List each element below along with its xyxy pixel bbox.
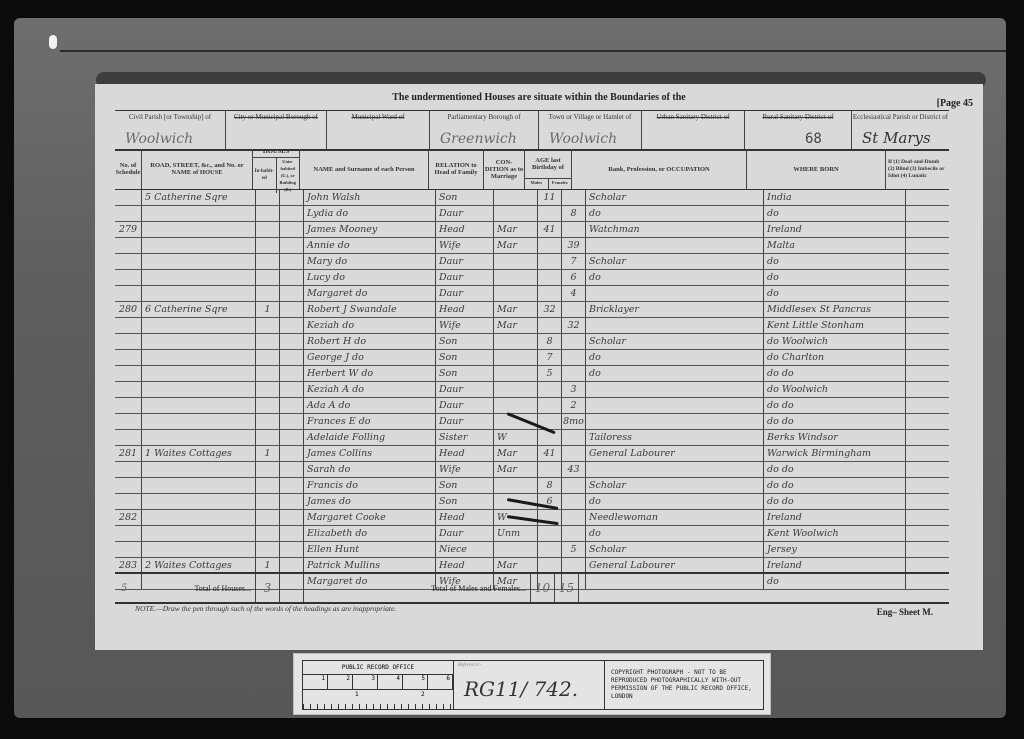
boundary-civil-parish: Civil Parish [or Township] of Woolwich bbox=[115, 111, 226, 149]
table-row: Keziah doWifeMar32Kent Little Stonham bbox=[115, 318, 949, 334]
cell-female bbox=[562, 446, 586, 461]
total-persons-label: Total of Males and Females... bbox=[304, 574, 531, 602]
cell-infirmity bbox=[906, 350, 949, 365]
cell-address bbox=[142, 318, 256, 333]
cell-uninhabited bbox=[280, 350, 304, 365]
table-row: Mary doDaur7Scholardo bbox=[115, 254, 949, 270]
cell-relation: Son bbox=[436, 494, 494, 509]
table-row: Annie doWifeMar39Malta bbox=[115, 238, 949, 254]
cell-inhabited bbox=[256, 334, 280, 349]
cell-inhabited bbox=[256, 366, 280, 381]
table-row: George J doSon7dodo Charlton bbox=[115, 350, 949, 366]
cell-male: 11 bbox=[538, 190, 562, 205]
cell-male bbox=[538, 398, 562, 413]
cell-address bbox=[142, 414, 256, 429]
cell-born: do do bbox=[764, 366, 906, 381]
cell-condition bbox=[494, 286, 538, 301]
cell-female: 32 bbox=[562, 318, 586, 333]
cell-occupation: do bbox=[586, 526, 764, 541]
cell-female bbox=[562, 334, 586, 349]
header-address: ROAD, STREET, &c., and No. or NAME of HO… bbox=[142, 149, 253, 189]
cell-schedule bbox=[115, 334, 142, 349]
cell-infirmity bbox=[906, 478, 949, 493]
cell-uninhabited bbox=[280, 446, 304, 461]
cell-occupation bbox=[586, 382, 764, 397]
cell-name: Robert H do bbox=[304, 334, 436, 349]
cell-relation: Daur bbox=[436, 382, 494, 397]
cell-address bbox=[142, 382, 256, 397]
table-row: Elizabeth doDaurUnmdoKent Woolwich bbox=[115, 526, 949, 542]
census-rows: 5 Catherine SqreJohn WalshSon11ScholarIn… bbox=[115, 190, 949, 590]
boundary-municipal-ward: Municipal Ward of bbox=[327, 111, 430, 149]
table-row: Adelaide FollingSisterWTailoressBerks Wi… bbox=[115, 430, 949, 446]
cell-name: Frances E do bbox=[304, 414, 436, 429]
cell-uninhabited bbox=[280, 366, 304, 381]
cell-born: Ireland bbox=[764, 558, 906, 573]
cell-infirmity bbox=[906, 446, 949, 461]
cell-name: Patrick Mullins bbox=[304, 558, 436, 573]
cell-condition bbox=[494, 254, 538, 269]
cell-male: 5 bbox=[538, 366, 562, 381]
cell-inhabited bbox=[256, 430, 280, 445]
table-row: 5 Catherine SqreJohn WalshSon11ScholarIn… bbox=[115, 190, 949, 206]
cell-infirmity bbox=[906, 542, 949, 557]
cell-infirmity bbox=[906, 318, 949, 333]
header-relation: RELATION to Head of Family bbox=[429, 149, 484, 189]
table-row: Ada A doDaur2do do bbox=[115, 398, 949, 414]
cell-schedule: 281 bbox=[115, 446, 142, 461]
cell-schedule bbox=[115, 382, 142, 397]
cell-relation: Sister bbox=[436, 430, 494, 445]
cell-uninhabited bbox=[280, 430, 304, 445]
cell-address bbox=[142, 270, 256, 285]
cell-infirmity bbox=[906, 526, 949, 541]
cell-uninhabited bbox=[280, 510, 304, 525]
cell-inhabited bbox=[256, 542, 280, 557]
cell-born: Warwick Birmingham bbox=[764, 446, 906, 461]
cell-occupation: Watchman bbox=[586, 222, 764, 237]
cell-address bbox=[142, 222, 256, 237]
cell-schedule bbox=[115, 318, 142, 333]
cell-schedule bbox=[115, 350, 142, 365]
public-record-office-label: PUBLIC RECORD OFFICE 1 2 3 4 5 6 1 2 Ref… bbox=[293, 653, 771, 715]
cell-female bbox=[562, 430, 586, 445]
cell-born: do do bbox=[764, 414, 906, 429]
cell-male: 32 bbox=[538, 302, 562, 317]
cell-condition: Mar bbox=[494, 446, 538, 461]
cell-inhabited bbox=[256, 414, 280, 429]
cell-address: 1 Waites Cottages bbox=[142, 446, 256, 461]
cell-relation: Head bbox=[436, 446, 494, 461]
cell-schedule bbox=[115, 542, 142, 557]
cell-born: India bbox=[764, 190, 906, 205]
cell-female: 5 bbox=[562, 542, 586, 557]
cell-schedule bbox=[115, 526, 142, 541]
sheet-id: Eng– Sheet M. bbox=[877, 607, 933, 617]
cell-inhabited bbox=[256, 350, 280, 365]
cell-schedule bbox=[115, 398, 142, 413]
header-schedule: No. of Schedule bbox=[115, 149, 142, 189]
cell-male bbox=[538, 382, 562, 397]
cell-infirmity bbox=[906, 334, 949, 349]
office-name: PUBLIC RECORD OFFICE bbox=[303, 661, 453, 675]
cell-female: 39 bbox=[562, 238, 586, 253]
cell-female bbox=[562, 350, 586, 365]
cell-inhabited bbox=[256, 222, 280, 237]
cell-address bbox=[142, 286, 256, 301]
cell-uninhabited bbox=[280, 398, 304, 413]
cell-condition bbox=[494, 334, 538, 349]
cell-born: Middlesex St Pancras bbox=[764, 302, 906, 317]
table-row: Francis doSon8Scholardo do bbox=[115, 478, 949, 494]
cell-name: Sarah do bbox=[304, 462, 436, 477]
cell-male bbox=[538, 270, 562, 285]
total-males: 10 bbox=[531, 574, 555, 602]
cell-schedule: 279 bbox=[115, 222, 142, 237]
boundaries-row: Civil Parish [or Township] of Woolwich C… bbox=[115, 110, 949, 151]
film-fold-line bbox=[60, 50, 1006, 52]
cell-born: do do bbox=[764, 494, 906, 509]
cell-condition bbox=[494, 478, 538, 493]
cell-uninhabited bbox=[280, 494, 304, 509]
cell-born: do bbox=[764, 270, 906, 285]
cell-male bbox=[538, 206, 562, 221]
cell-inhabited bbox=[256, 510, 280, 525]
cell-condition bbox=[494, 206, 538, 221]
cell-relation: Daur bbox=[436, 270, 494, 285]
cell-schedule bbox=[115, 414, 142, 429]
cell-occupation: General Labourer bbox=[586, 446, 764, 461]
cell-relation: Son bbox=[436, 366, 494, 381]
cell-occupation bbox=[586, 238, 764, 253]
cell-name: Mary do bbox=[304, 254, 436, 269]
cell-uninhabited bbox=[280, 318, 304, 333]
cell-female: 2 bbox=[562, 398, 586, 413]
cell-born: do Woolwich bbox=[764, 382, 906, 397]
column-headers: No. of Schedule ROAD, STREET, &c., and N… bbox=[115, 149, 949, 190]
cell-relation: Wife bbox=[436, 238, 494, 253]
cell-condition bbox=[494, 542, 538, 557]
cell-infirmity bbox=[906, 238, 949, 253]
cell-female bbox=[562, 190, 586, 205]
cell-relation: Head bbox=[436, 302, 494, 317]
cell-male: 41 bbox=[538, 446, 562, 461]
cell-female: 4 bbox=[562, 286, 586, 301]
boundary-rural-sanitary: Rural Sanitary District of 68 bbox=[745, 111, 852, 149]
cell-born: Berks Windsor bbox=[764, 430, 906, 445]
cell-infirmity bbox=[906, 494, 949, 509]
cell-schedule bbox=[115, 190, 142, 205]
cell-female bbox=[562, 222, 586, 237]
cell-condition: Mar bbox=[494, 558, 538, 573]
cell-born: Kent Little Stonham bbox=[764, 318, 906, 333]
cell-schedule bbox=[115, 494, 142, 509]
cell-uninhabited bbox=[280, 286, 304, 301]
cell-infirmity bbox=[906, 398, 949, 413]
cell-schedule bbox=[115, 238, 142, 253]
cell-female bbox=[562, 494, 586, 509]
cell-name: Robert J Swandale bbox=[304, 302, 436, 317]
cell-uninhabited bbox=[280, 254, 304, 269]
cell-male bbox=[538, 238, 562, 253]
cell-schedule bbox=[115, 254, 142, 269]
cell-uninhabited bbox=[280, 462, 304, 477]
cell-uninhabited bbox=[280, 302, 304, 317]
cell-male: 8 bbox=[538, 478, 562, 493]
cell-name: James do bbox=[304, 494, 436, 509]
cell-address bbox=[142, 542, 256, 557]
cell-uninhabited bbox=[280, 206, 304, 221]
cell-born: Malta bbox=[764, 238, 906, 253]
cell-female bbox=[562, 510, 586, 525]
cell-inhabited bbox=[256, 462, 280, 477]
cell-occupation: do bbox=[586, 494, 764, 509]
cell-occupation bbox=[586, 462, 764, 477]
boundary-urban-sanitary: Urban Sanitary District of bbox=[642, 111, 745, 149]
cell-inhabited bbox=[256, 382, 280, 397]
header-occupation: Rank, Profession, or OCCUPATION bbox=[572, 149, 747, 189]
cell-infirmity bbox=[906, 382, 949, 397]
cell-born: do Charlton bbox=[764, 350, 906, 365]
table-row: 279James MooneyHeadMar41WatchmanIreland bbox=[115, 222, 949, 238]
cell-female: 3 bbox=[562, 382, 586, 397]
cell-inhabited bbox=[256, 238, 280, 253]
cell-occupation bbox=[586, 398, 764, 413]
table-row: Robert H doSon8Scholardo Woolwich bbox=[115, 334, 949, 350]
cell-infirmity bbox=[906, 430, 949, 445]
cell-relation: Son bbox=[436, 334, 494, 349]
cell-inhabited bbox=[256, 206, 280, 221]
cell-occupation: Needlewoman bbox=[586, 510, 764, 525]
cell-address bbox=[142, 254, 256, 269]
cell-condition: Mar bbox=[494, 302, 538, 317]
cell-occupation: do bbox=[586, 206, 764, 221]
cell-schedule bbox=[115, 206, 142, 221]
cell-uninhabited bbox=[280, 334, 304, 349]
cell-male: 7 bbox=[538, 350, 562, 365]
cell-occupation: do bbox=[586, 350, 764, 365]
cell-male: 8 bbox=[538, 334, 562, 349]
cell-schedule bbox=[115, 270, 142, 285]
cell-uninhabited bbox=[280, 382, 304, 397]
cell-occupation: Scholar bbox=[586, 254, 764, 269]
cell-born: do do bbox=[764, 478, 906, 493]
cell-female: 8 bbox=[562, 206, 586, 221]
cell-condition: Unm bbox=[494, 526, 538, 541]
cell-infirmity bbox=[906, 254, 949, 269]
cell-name: Adelaide Folling bbox=[304, 430, 436, 445]
cell-relation: Head bbox=[436, 510, 494, 525]
cell-occupation: do bbox=[586, 366, 764, 381]
cell-relation: Son bbox=[436, 478, 494, 493]
cell-condition bbox=[494, 190, 538, 205]
cell-born: do do bbox=[764, 398, 906, 413]
cell-infirmity bbox=[906, 206, 949, 221]
cell-born: do Woolwich bbox=[764, 334, 906, 349]
cell-infirmity bbox=[906, 366, 949, 381]
cell-occupation: Tailoress bbox=[586, 430, 764, 445]
cell-uninhabited bbox=[280, 190, 304, 205]
table-row: 2806 Catherine Sqre1Robert J SwandaleHea… bbox=[115, 302, 949, 318]
cell-occupation bbox=[586, 286, 764, 301]
cell-name: Keziah A do bbox=[304, 382, 436, 397]
ruler: 1 2 bbox=[303, 690, 453, 709]
header-age: AGE last Birthday of Males Females bbox=[525, 149, 572, 189]
cell-occupation: Scholar bbox=[586, 190, 764, 205]
cell-condition bbox=[494, 398, 538, 413]
cell-relation: Wife bbox=[436, 462, 494, 477]
cell-inhabited: 1 bbox=[256, 446, 280, 461]
cell-inhabited bbox=[256, 254, 280, 269]
cell-female bbox=[562, 526, 586, 541]
cell-address: 2 Waites Cottages bbox=[142, 558, 256, 573]
cell-born: Jersey bbox=[764, 542, 906, 557]
cell-uninhabited bbox=[280, 558, 304, 573]
header-infirmity: If (1) Deaf-and-Dumb (2) Blind (3) Imbec… bbox=[886, 149, 949, 189]
cell-uninhabited bbox=[280, 270, 304, 285]
cell-occupation bbox=[586, 318, 764, 333]
boundary-municipal-borough: City or Municipal Borough of bbox=[226, 111, 327, 149]
cell-schedule bbox=[115, 286, 142, 301]
header-where-born: WHERE BORN bbox=[747, 149, 886, 189]
cell-inhabited bbox=[256, 318, 280, 333]
cell-occupation: Scholar bbox=[586, 542, 764, 557]
cell-name: Ellen Hunt bbox=[304, 542, 436, 557]
cell-inhabited bbox=[256, 494, 280, 509]
cell-address: 6 Catherine Sqre bbox=[142, 302, 256, 317]
cell-relation: Daur bbox=[436, 286, 494, 301]
cell-name: Margaret Cooke bbox=[304, 510, 436, 525]
cell-schedule: 280 bbox=[115, 302, 142, 317]
cell-male bbox=[538, 286, 562, 301]
boundary-parliamentary-borough: Parliamentary Borough of Greenwich bbox=[430, 111, 539, 149]
cell-address: 5 Catherine Sqre bbox=[142, 190, 256, 205]
cell-born: Kent Woolwich bbox=[764, 526, 906, 541]
cell-inhabited bbox=[256, 526, 280, 541]
cell-born: Ireland bbox=[764, 222, 906, 237]
cell-uninhabited bbox=[280, 526, 304, 541]
boundary-ecclesiastical: Ecclesiastical Parish or District of St … bbox=[852, 111, 949, 149]
cell-name: John Walsh bbox=[304, 190, 436, 205]
total-females: 15 bbox=[555, 574, 579, 602]
cell-female: 7 bbox=[562, 254, 586, 269]
table-row: Ellen HuntNiece5ScholarJersey bbox=[115, 542, 949, 558]
cell-occupation: Scholar bbox=[586, 478, 764, 493]
cell-name: James Mooney bbox=[304, 222, 436, 237]
cell-inhabited bbox=[256, 270, 280, 285]
cell-uninhabited bbox=[280, 414, 304, 429]
cell-inhabited bbox=[256, 478, 280, 493]
cell-relation: Daur bbox=[436, 254, 494, 269]
cell-male bbox=[538, 526, 562, 541]
cell-uninhabited bbox=[280, 222, 304, 237]
scale-bar: 1 2 3 4 5 6 bbox=[303, 675, 453, 690]
cell-born: do bbox=[764, 286, 906, 301]
cell-relation: Daur bbox=[436, 206, 494, 221]
cell-name: Francis do bbox=[304, 478, 436, 493]
cell-occupation: General Labourer bbox=[586, 558, 764, 573]
header-condition: CON-DITION as to Marriage bbox=[484, 149, 525, 189]
cell-female: 6 bbox=[562, 270, 586, 285]
cell-schedule bbox=[115, 478, 142, 493]
table-row: Herbert W doSon5dodo do bbox=[115, 366, 949, 382]
cell-name: Herbert W do bbox=[304, 366, 436, 381]
cell-born: do bbox=[764, 254, 906, 269]
table-row: Sarah doWifeMar43do do bbox=[115, 462, 949, 478]
cell-infirmity bbox=[906, 414, 949, 429]
cell-occupation: Bricklayer bbox=[586, 302, 764, 317]
boundary-town: Town or Village or Hamlet of Woolwich bbox=[539, 111, 642, 149]
cell-address bbox=[142, 398, 256, 413]
cell-uninhabited bbox=[280, 542, 304, 557]
cell-condition: W bbox=[494, 430, 538, 445]
page-number: [Page 45 bbox=[937, 98, 973, 109]
census-sheet: The undermentioned Houses are situate wi… bbox=[95, 84, 983, 650]
cell-infirmity bbox=[906, 222, 949, 237]
cell-uninhabited bbox=[280, 478, 304, 493]
cell-address bbox=[142, 526, 256, 541]
cell-relation: Son bbox=[436, 350, 494, 365]
cell-name: Annie do bbox=[304, 238, 436, 253]
cell-female: 8mo bbox=[562, 414, 586, 429]
cell-schedule bbox=[115, 430, 142, 445]
cell-address bbox=[142, 206, 256, 221]
cell-relation: Niece bbox=[436, 542, 494, 557]
cell-relation: Son bbox=[436, 190, 494, 205]
cell-relation: Head bbox=[436, 558, 494, 573]
cell-name: Ada A do bbox=[304, 398, 436, 413]
cell-name: Margaret do bbox=[304, 286, 436, 301]
cell-female: 43 bbox=[562, 462, 586, 477]
cell-relation: Daur bbox=[436, 526, 494, 541]
cell-male: 41 bbox=[538, 222, 562, 237]
cell-condition bbox=[494, 270, 538, 285]
cell-female bbox=[562, 558, 586, 573]
cell-schedule: 283 bbox=[115, 558, 142, 573]
cell-infirmity bbox=[906, 462, 949, 477]
cell-address bbox=[142, 366, 256, 381]
cell-name: Keziah do bbox=[304, 318, 436, 333]
cell-name: Elizabeth do bbox=[304, 526, 436, 541]
cell-infirmity bbox=[906, 510, 949, 525]
cell-female bbox=[562, 302, 586, 317]
cell-inhabited: 1 bbox=[256, 558, 280, 573]
reference-label: Reference:- bbox=[454, 661, 604, 670]
cell-address bbox=[142, 350, 256, 365]
cell-condition: Mar bbox=[494, 238, 538, 253]
cell-infirmity bbox=[906, 190, 949, 205]
cell-born: Ireland bbox=[764, 510, 906, 525]
cell-male bbox=[538, 462, 562, 477]
cell-uninhabited bbox=[280, 238, 304, 253]
cell-condition bbox=[494, 366, 538, 381]
cell-condition: Mar bbox=[494, 462, 538, 477]
cell-address bbox=[142, 510, 256, 525]
cell-relation: Daur bbox=[436, 414, 494, 429]
cell-occupation: do bbox=[586, 270, 764, 285]
cell-occupation bbox=[586, 414, 764, 429]
cell-inhabited: 1 bbox=[256, 302, 280, 317]
cell-address bbox=[142, 334, 256, 349]
table-row: Margaret doDaur4do bbox=[115, 286, 949, 302]
total-houses-value: 3 bbox=[256, 574, 280, 602]
cell-schedule: 282 bbox=[115, 510, 142, 525]
cell-inhabited bbox=[256, 286, 280, 301]
cell-name: George J do bbox=[304, 350, 436, 365]
sheet-title: The undermentioned Houses are situate wi… bbox=[95, 92, 983, 103]
totals-row: 5 Total of Houses... 3 Total of Males an… bbox=[115, 572, 949, 604]
cell-name: Lucy do bbox=[304, 270, 436, 285]
